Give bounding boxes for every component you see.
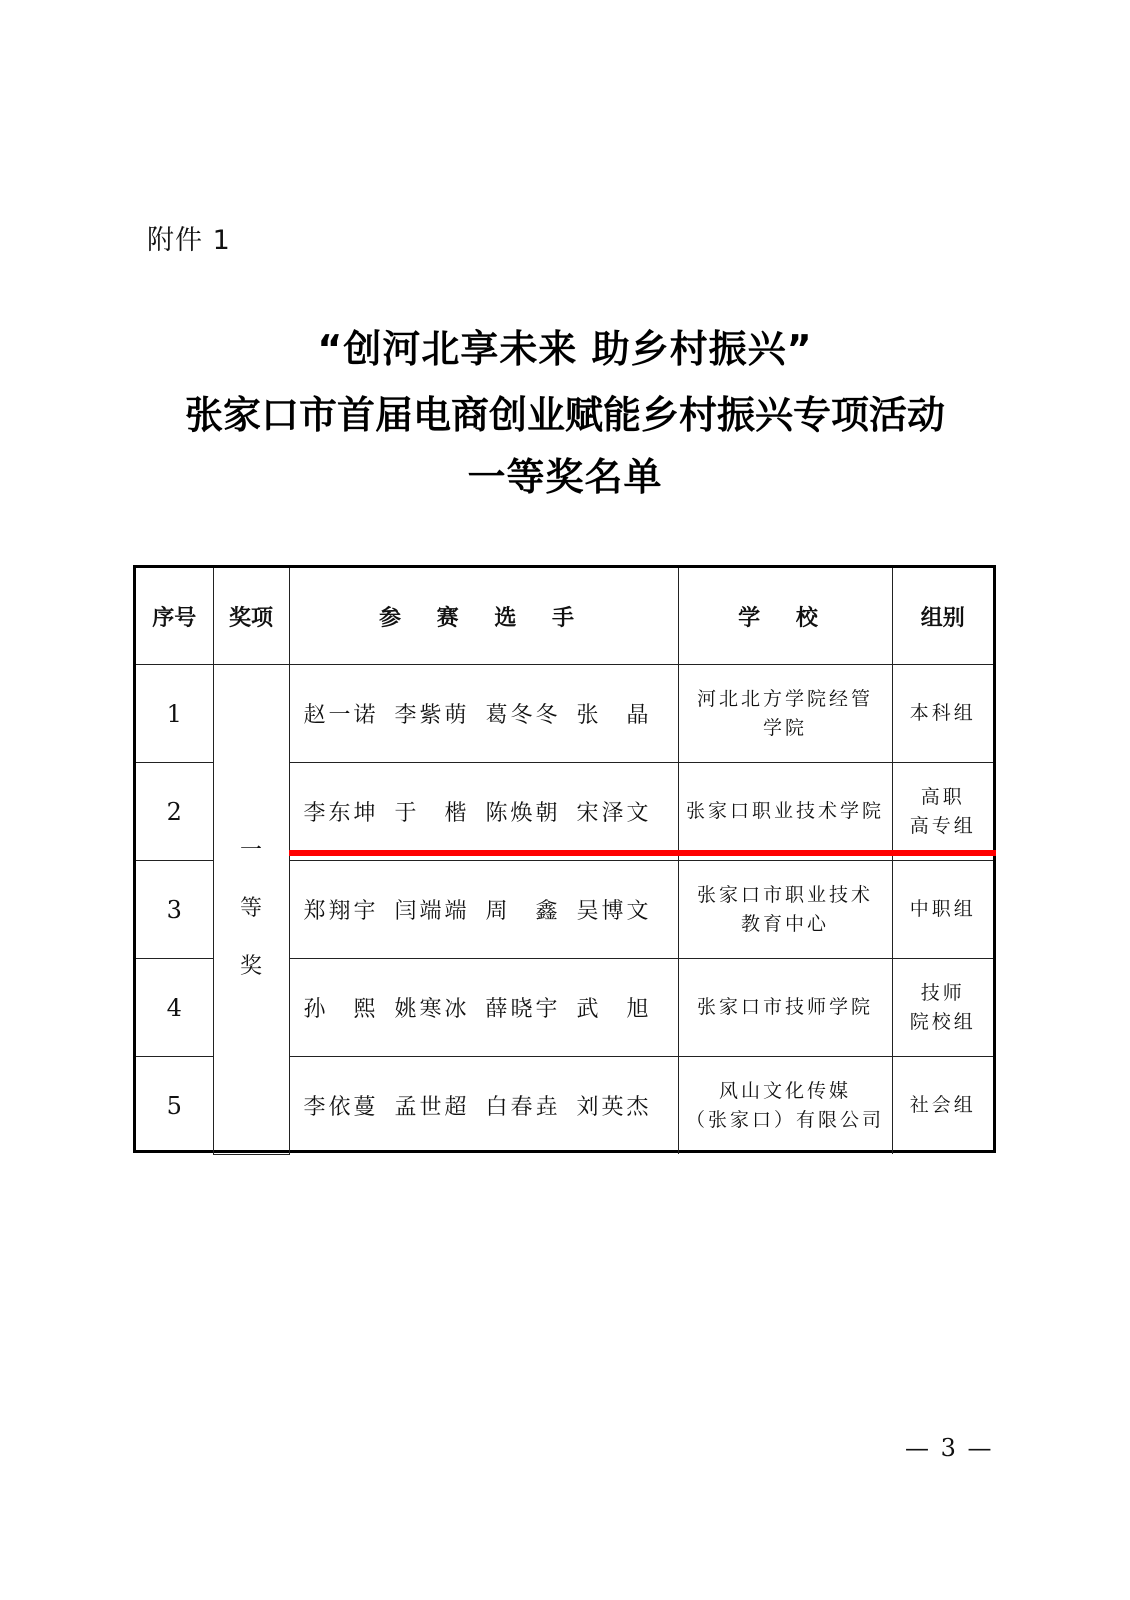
participant-name: 张 晶 <box>577 698 652 729</box>
participant-name: 孟世超 <box>395 1090 470 1121</box>
award-char: 一 <box>214 822 289 880</box>
winners-table: 序号 奖项 参 赛 选 手 学 校 组别 1 一 等 奖 赵一诺 李紫萌 葛冬冬… <box>133 565 996 1153</box>
participant-name: 姚寒冰 <box>395 992 470 1023</box>
school-line: 张家口职业技术学院 <box>679 797 892 826</box>
participant-name: 李紫萌 <box>395 698 470 729</box>
participant-name: 李依蔓 <box>304 1090 379 1121</box>
page-number: — 3 — <box>905 1434 994 1462</box>
title-line-event: 张家口市首届电商创业赋能乡村振兴专项活动 <box>0 384 1130 439</box>
row-number: 5 <box>136 1057 213 1155</box>
school-line: 教育中心 <box>679 910 892 939</box>
school-line: 风山文化传媒 <box>679 1077 892 1106</box>
header-participants: 参 赛 选 手 <box>289 568 678 665</box>
participant-name: 宋泽文 <box>577 796 652 827</box>
participants-cell: 李依蔓 孟世超 白春垚 刘英杰 <box>289 1057 678 1155</box>
participant-name: 孙 熙 <box>304 992 379 1023</box>
group-line: 高职 <box>893 783 994 812</box>
participant-name: 赵一诺 <box>304 698 379 729</box>
participants-cell: 赵一诺 李紫萌 葛冬冬 张 晶 <box>289 665 678 763</box>
school-line: （张家口）有限公司 <box>679 1106 892 1135</box>
school-cell: 河北北方学院经管 学院 <box>678 665 892 763</box>
participant-name: 陈焕朝 <box>486 796 561 827</box>
attachment-label: 附件 1 <box>147 218 231 257</box>
school-line: 张家口市技师学院 <box>679 993 892 1022</box>
title-line-slogan: “创河北享未来 助乡村振兴” <box>0 318 1130 373</box>
participant-name: 葛冬冬 <box>486 698 561 729</box>
group-line: 高专组 <box>893 812 994 841</box>
participant-name: 李东坤 <box>304 796 379 827</box>
school-cell: 张家口市技师学院 <box>678 959 892 1057</box>
row-number: 4 <box>136 959 213 1057</box>
participants-cell: 郑翔宇 闫端端 周 鑫 吴博文 <box>289 861 678 959</box>
red-underline-annotation <box>289 850 996 856</box>
header-serial-no: 序号 <box>136 568 213 665</box>
participant-name: 于 楷 <box>395 796 470 827</box>
group-line: 社会组 <box>893 1091 994 1120</box>
participant-name: 武 旭 <box>577 992 652 1023</box>
participants-cell: 李东坤 于 楷 陈焕朝 宋泽文 <box>289 763 678 861</box>
group-cell: 技师 院校组 <box>892 959 993 1057</box>
participant-name: 吴博文 <box>577 894 652 925</box>
table-row: 1 一 等 奖 赵一诺 李紫萌 葛冬冬 张 晶 河北北方学院经管 学院 本科组 <box>136 665 993 763</box>
group-line: 院校组 <box>893 1008 994 1037</box>
group-line: 技师 <box>893 979 994 1008</box>
header-group: 组别 <box>892 568 993 665</box>
header-school: 学 校 <box>678 568 892 665</box>
row-number: 1 <box>136 665 213 763</box>
table-header-row: 序号 奖项 参 赛 选 手 学 校 组别 <box>136 568 993 665</box>
participant-name: 白春垚 <box>486 1090 561 1121</box>
school-line: 河北北方学院经管 <box>679 685 892 714</box>
header-award: 奖项 <box>213 568 289 665</box>
award-char: 等 <box>214 880 289 938</box>
participant-name: 刘英杰 <box>577 1090 652 1121</box>
award-cell: 一 等 奖 <box>213 665 289 1155</box>
group-cell: 社会组 <box>892 1057 993 1155</box>
participant-name: 薛晓宇 <box>486 992 561 1023</box>
school-line: 学院 <box>679 714 892 743</box>
group-line: 本科组 <box>893 699 994 728</box>
school-cell: 张家口职业技术学院 <box>678 763 892 861</box>
award-char: 奖 <box>214 938 289 996</box>
title-line-award-list: 一等奖名单 <box>0 446 1130 501</box>
group-line: 中职组 <box>893 895 994 924</box>
school-cell: 风山文化传媒 （张家口）有限公司 <box>678 1057 892 1155</box>
group-cell: 中职组 <box>892 861 993 959</box>
row-number: 2 <box>136 763 213 861</box>
row-number: 3 <box>136 861 213 959</box>
school-line: 张家口市职业技术 <box>679 881 892 910</box>
group-cell: 本科组 <box>892 665 993 763</box>
school-cell: 张家口市职业技术 教育中心 <box>678 861 892 959</box>
participant-name: 周 鑫 <box>486 894 561 925</box>
participants-cell: 孙 熙 姚寒冰 薛晓宇 武 旭 <box>289 959 678 1057</box>
group-cell: 高职 高专组 <box>892 763 993 861</box>
participant-name: 闫端端 <box>395 894 470 925</box>
participant-name: 郑翔宇 <box>304 894 379 925</box>
